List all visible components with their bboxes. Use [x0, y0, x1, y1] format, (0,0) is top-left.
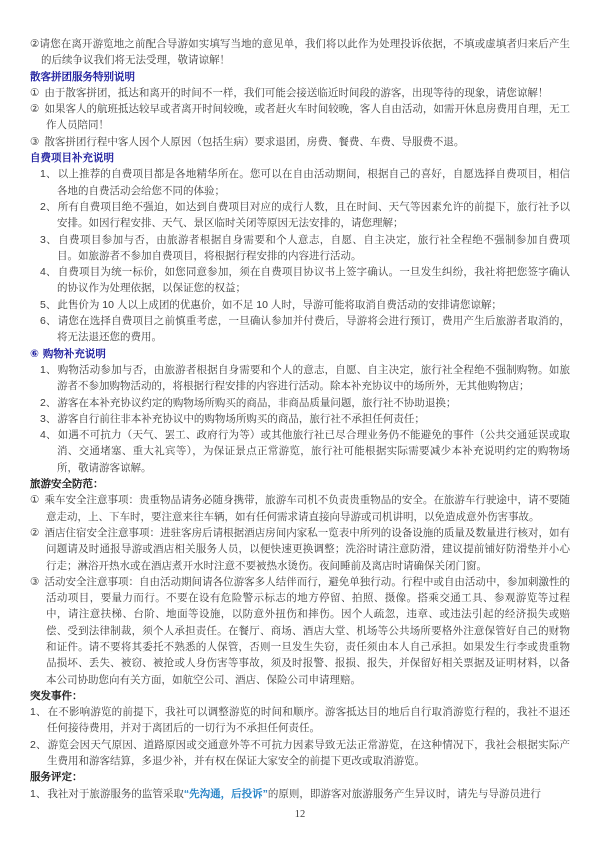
list-item: 2、游览会因天气原因、道路原因或交通意外等不可抗力因素导致无法正常游览，在这种情… — [30, 737, 570, 770]
list-item-text: 如遇不可抗力（天气、罢工、政府行为等）或其他旅行社已尽合理业务仍不能避免的事件（… — [57, 429, 570, 474]
intro-paragraph-marker: ② — [30, 38, 40, 50]
list-item-text: 请您在选择自费项目之前慎重考虑，一旦确认参加并付费后，导游将会进行预订，费用产生… — [57, 315, 570, 343]
section-heading: 散客拼团服务特别说明 — [30, 69, 570, 85]
section-heading-label: 服务评定： — [30, 771, 83, 783]
list-item-marker: 5、 — [40, 299, 56, 311]
list-item-text: 以上推荐的自费项目都是各地精华所在。您可以在自由活动期间，根据自己的喜好，自愿选… — [57, 168, 570, 196]
list-item: 1、购物活动参加与否，由旅游者根据自身需要和个人的意志，自愿、自主决定，旅行社全… — [40, 362, 570, 395]
section-heading-label: 购物补充说明 — [43, 348, 106, 360]
list-item: 1、以上推荐的自费项目都是各地精华所在。您可以在自由活动期间，根据自己的喜好，自… — [40, 166, 570, 199]
list-item-text: 酒店住宿安全注意事项：进驻客房后请根据酒店房间内家私一览表中所列的设备设施的质量… — [44, 527, 570, 572]
list-item-text: 游览会因天气原因、道路原因或交通意外等不可抗力因素导致无法正常游览，在这种情况下… — [47, 739, 570, 767]
list-item-marker: 2、 — [40, 397, 56, 409]
list-item-marker: ③ — [30, 576, 39, 588]
list-item-marker: 2、 — [40, 201, 57, 213]
section-heading: ⑥购物补充说明 — [30, 346, 570, 362]
list-item-marker: 2、 — [30, 739, 47, 751]
list-item: ②如果客人的航班抵达较早或者离开时间较晚，或者赶火车时间较晚，客人自由活动，如需… — [30, 101, 570, 134]
intro-paragraph-text: 请您在离开游览地之前配合导游如实填写当地的意见单，我们将以此作为处理投诉依据，不… — [40, 38, 570, 66]
list-item-text: 游客在本补充协议约定的购物场所购买的商品，非商品质量问题，旅行社不协助退换； — [57, 397, 456, 409]
document-page: ②请您在离开游览地之前配合导游如实填写当地的意见单，我们将以此作为处理投诉依据，… — [0, 0, 600, 848]
section-heading: 服务评定： — [30, 769, 570, 785]
list-item-marker: 3、 — [40, 413, 56, 425]
list-item-marker: ② — [30, 527, 39, 539]
section-heading-marker: ⑥ — [30, 348, 39, 360]
list-item-text: 散客拼团行程中客人因个人原因（包括生病）要求退团，房费、餐费、车费、导服费不退。 — [44, 136, 464, 148]
list-item-marker: ① — [30, 87, 39, 99]
list-item-text: 此售价为 10 人以上成团的优惠价，如不足 10 人时，导游可能将取消自费活动的… — [57, 299, 502, 311]
list-item-text: 在不影响游览的前提下，我社可以调整游览的时间和顺序。游客抵达目的地后自行取消游览… — [47, 706, 570, 734]
page-number: 12 — [30, 807, 570, 823]
list-item-text: 的原则，即游客对旅游服务产生异议时，请先与导游员进行 — [268, 788, 541, 800]
section-heading: 自费项目补充说明 — [30, 150, 570, 166]
list-item-text: 我社对于旅游服务的监管采取 — [47, 788, 184, 800]
list-item-text: 所有自费项目绝不强迫，如达到自费项目对应的成行人数，且在时间、天气等因素允许的前… — [57, 201, 570, 229]
list-item-marker: 1、 — [40, 168, 57, 180]
list-item-marker: 4、 — [40, 429, 57, 441]
list-item: 3、自费项目参加与否，由旅游者根据自身需要和个人意志，自愿、自主决定，旅行社全程… — [40, 232, 570, 265]
list-item-text: 由于散客拼团，抵达和离开的时间不一样，我们可能会接送临近时间段的游客，出现等待的… — [44, 87, 548, 99]
list-item-text: 游客自行前往非本补充协议中的购物场所购买的商品，旅行社不承担任何责任； — [57, 413, 425, 425]
list-item: 2、游客在本补充协议约定的购物场所购买的商品，非商品质量问题，旅行社不协助退换； — [40, 395, 570, 411]
intro-paragraph: ②请您在离开游览地之前配合导游如实填写当地的意见单，我们将以此作为处理投诉依据，… — [30, 36, 570, 69]
list-item: 4、如遇不可抗力（天气、罢工、政府行为等）或其他旅行社已尽合理业务仍不能避免的事… — [40, 427, 570, 476]
list-item-marker: ② — [30, 103, 39, 115]
list-item-marker: 1、 — [30, 788, 46, 800]
section-heading-label: 自费项目补充说明 — [30, 152, 114, 164]
section-heading-label: 散客拼团服务特别说明 — [30, 71, 135, 83]
list-item: 1、在不影响游览的前提下，我社可以调整游览的时间和顺序。游客抵达目的地后自行取消… — [30, 704, 570, 737]
list-item-text: 如果客人的航班抵达较早或者离开时间较晚，或者赶火车时间较晚，客人自由活动，如需开… — [44, 103, 570, 131]
list-item: 6、请您在选择自费项目之前慎重考虑，一旦确认参加并付费后，导游将会进行预订，费用… — [40, 313, 570, 346]
list-item-marker: 3、 — [40, 234, 57, 246]
list-item-text: 购物活动参加与否，由旅游者根据自身需要和个人的意志，自愿、自主决定，旅行社全程绝… — [57, 364, 570, 392]
list-item-marker: ① — [30, 494, 39, 506]
list-item-text: 自费项目参加与否，由旅游者根据自身需要和个人意志，自愿、自主决定，旅行社全程绝不… — [57, 234, 570, 262]
list-item-marker: ③ — [30, 136, 39, 148]
list-item: ③活动安全注意事项：自由活动期间请各位游客多人结伴而行，避免单独行动。行程中或自… — [30, 574, 570, 688]
list-item: 2、所有自费项目绝不强迫，如达到自费项目对应的成行人数，且在时间、天气等因素允许… — [40, 199, 570, 232]
list-item: ①由于散客拼团，抵达和离开的时间不一样，我们可能会接送临近时间段的游客，出现等待… — [30, 85, 570, 101]
list-item: 5、此售价为 10 人以上成团的优惠价，如不足 10 人时，导游可能将取消自费活… — [40, 297, 570, 313]
list-item: ①乘车安全注意事项：贵重物品请务必随身携带，旅游车司机不负责贵重物品的安全。在旅… — [30, 492, 570, 525]
list-item: 1、我社对于旅游服务的监管采取“先沟通，后投诉”的原则，即游客对旅游服务产生异议… — [30, 786, 570, 802]
list-item-marker: 1、 — [40, 364, 57, 376]
list-item-text: 活动安全注意事项：自由活动期间请各位游客多人结伴而行，避免单独行动。行程中或自由… — [44, 576, 570, 686]
list-item-marker: 1、 — [30, 706, 47, 718]
section-heading-label: 突发事件： — [30, 690, 83, 702]
list-item: ②酒店住宿安全注意事项：进驻客房后请根据酒店房间内家私一览表中所列的设备设施的质… — [30, 525, 570, 574]
list-item-text: 乘车安全注意事项：贵重物品请务必随身携带，旅游车司机不负责贵重物品的安全。在旅游… — [44, 494, 570, 522]
list-item: ③散客拼团行程中客人因个人原因（包括生病）要求退团，房费、餐费、车费、导服费不退… — [30, 134, 570, 150]
section-heading-label: 旅游安全防范： — [30, 478, 104, 490]
list-item: 4、自费项目为统一标价，如您同意参加，须在自费项目协议书上签字确认。一旦发生纠纷… — [40, 264, 570, 297]
list-item-text: 自费项目为统一标价，如您同意参加，须在自费项目协议书上签字确认。一旦发生纠纷，我… — [57, 266, 570, 294]
list-item-marker: 6、 — [40, 315, 57, 327]
list-item-highlight-text: “先沟通，后投诉” — [184, 788, 268, 800]
section-heading: 突发事件： — [30, 688, 570, 704]
sections-container: 散客拼团服务特别说明①由于散客拼团，抵达和离开的时间不一样，我们可能会接送临近时… — [30, 69, 570, 802]
section-heading: 旅游安全防范： — [30, 476, 570, 492]
list-item: 3、游客自行前往非本补充协议中的购物场所购买的商品，旅行社不承担任何责任； — [40, 411, 570, 427]
list-item-marker: 4、 — [40, 266, 57, 278]
